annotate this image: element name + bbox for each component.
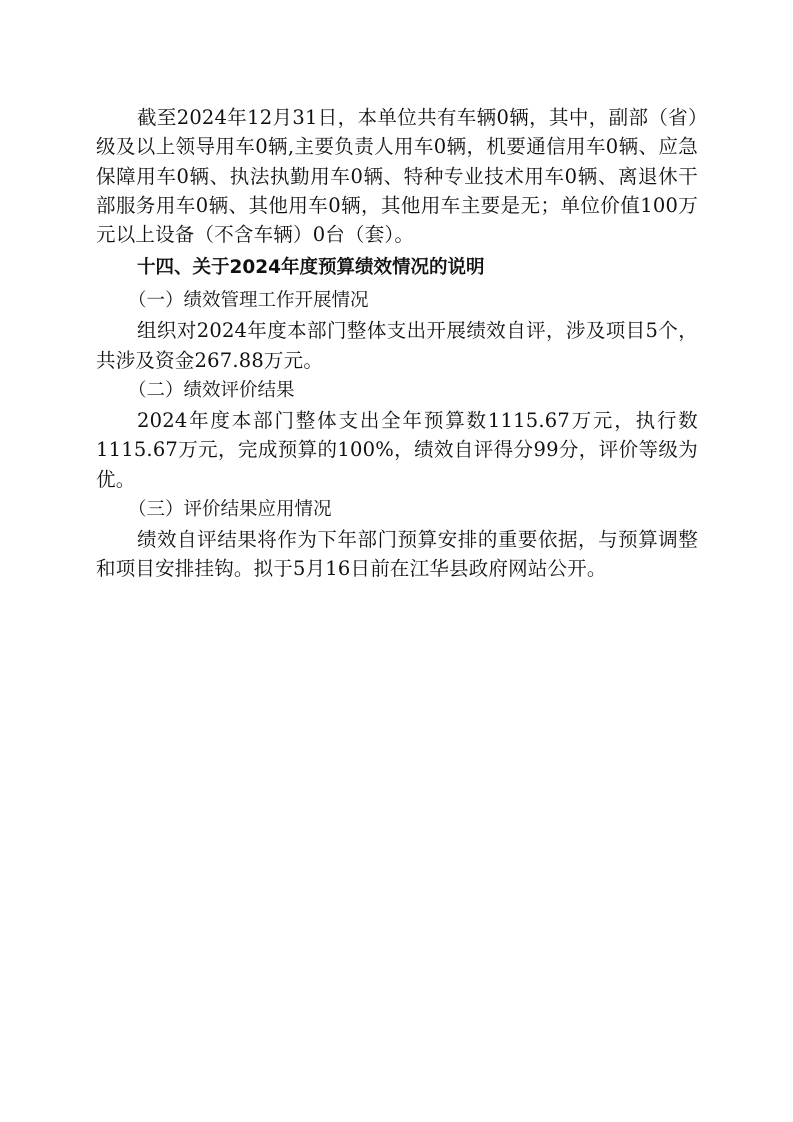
subsection-3-heading: （三）评价结果应用情况 [96,494,698,525]
subsection-2-heading: （二）绩效评价结果 [96,375,698,406]
section-14-heading: 十四、关于2024年度预算绩效情况的说明 [96,253,698,283]
subsection-2-body: 2024年度本部门整体支出全年预算数1115.67万元，执行数1115.67万元… [96,406,698,494]
vehicles-paragraph: 截至2024年12月31日，本单位共有车辆0辆，其中，副部（省）级及以上领导用车… [96,103,698,249]
document-page: 截至2024年12月31日，本单位共有车辆0辆，其中，副部（省）级及以上领导用车… [96,103,698,584]
subsection-1-body: 组织对2024年度本部门整体支出开展绩效自评，涉及项目5个，共涉及资金267.8… [96,316,698,375]
subsection-3-body: 绩效自评结果将作为下年部门预算安排的重要依据，与预算调整和项目安排挂钩。拟于5月… [96,525,698,584]
subsection-1-heading: （一）绩效管理工作开展情况 [96,285,698,316]
